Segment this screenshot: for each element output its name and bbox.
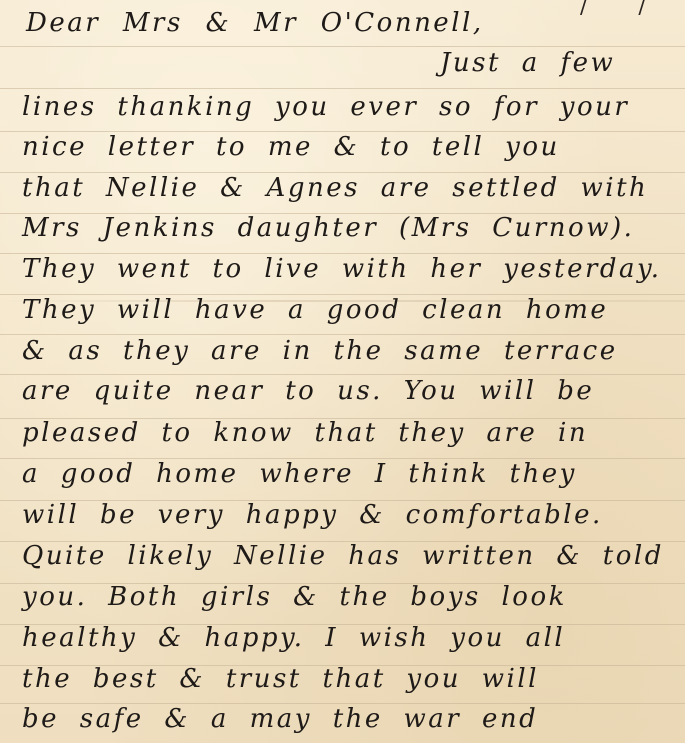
ruled-line (0, 334, 685, 335)
letter-line: & as they are in the same terrace (22, 336, 618, 366)
letter-line: pleased to know that they are in (22, 418, 588, 448)
ruled-line (0, 374, 685, 375)
ruled-line (0, 46, 685, 47)
letter-line: that Nellie & Agnes are settled with (22, 173, 648, 203)
letter-line: be safe & a may the war end (22, 704, 538, 734)
letter-line: They will have a good clean home (22, 295, 608, 325)
letter-line: will be very happy & comfortable. (22, 500, 603, 530)
letter-line: Mrs Jenkins daughter (Mrs Curnow). (22, 213, 634, 243)
letter-page: / / Dear Mrs & Mr O'Connell, Just a few … (0, 0, 685, 743)
top-marks: / / (580, 0, 668, 19)
letter-line: you. Both girls & the boys look (22, 582, 567, 612)
letter-line: nice letter to me & to tell you (22, 132, 560, 162)
ruled-line (0, 88, 685, 89)
letter-line: the best & trust that you will (22, 664, 539, 694)
letter-line: are quite near to us. You will be (22, 376, 594, 406)
letter-line: healthy & happy. I wish you all (22, 623, 565, 653)
letter-line: lines thanking you ever so for your (22, 92, 629, 122)
letter-line: Just a few (440, 48, 615, 78)
letter-line: They went to live with her yesterday. (22, 254, 662, 284)
letter-line: Quite likely Nellie has written & told (22, 541, 664, 571)
letter-line: a good home where I think they (22, 459, 577, 489)
salutation: Dear Mrs & Mr O'Connell, (26, 8, 484, 38)
